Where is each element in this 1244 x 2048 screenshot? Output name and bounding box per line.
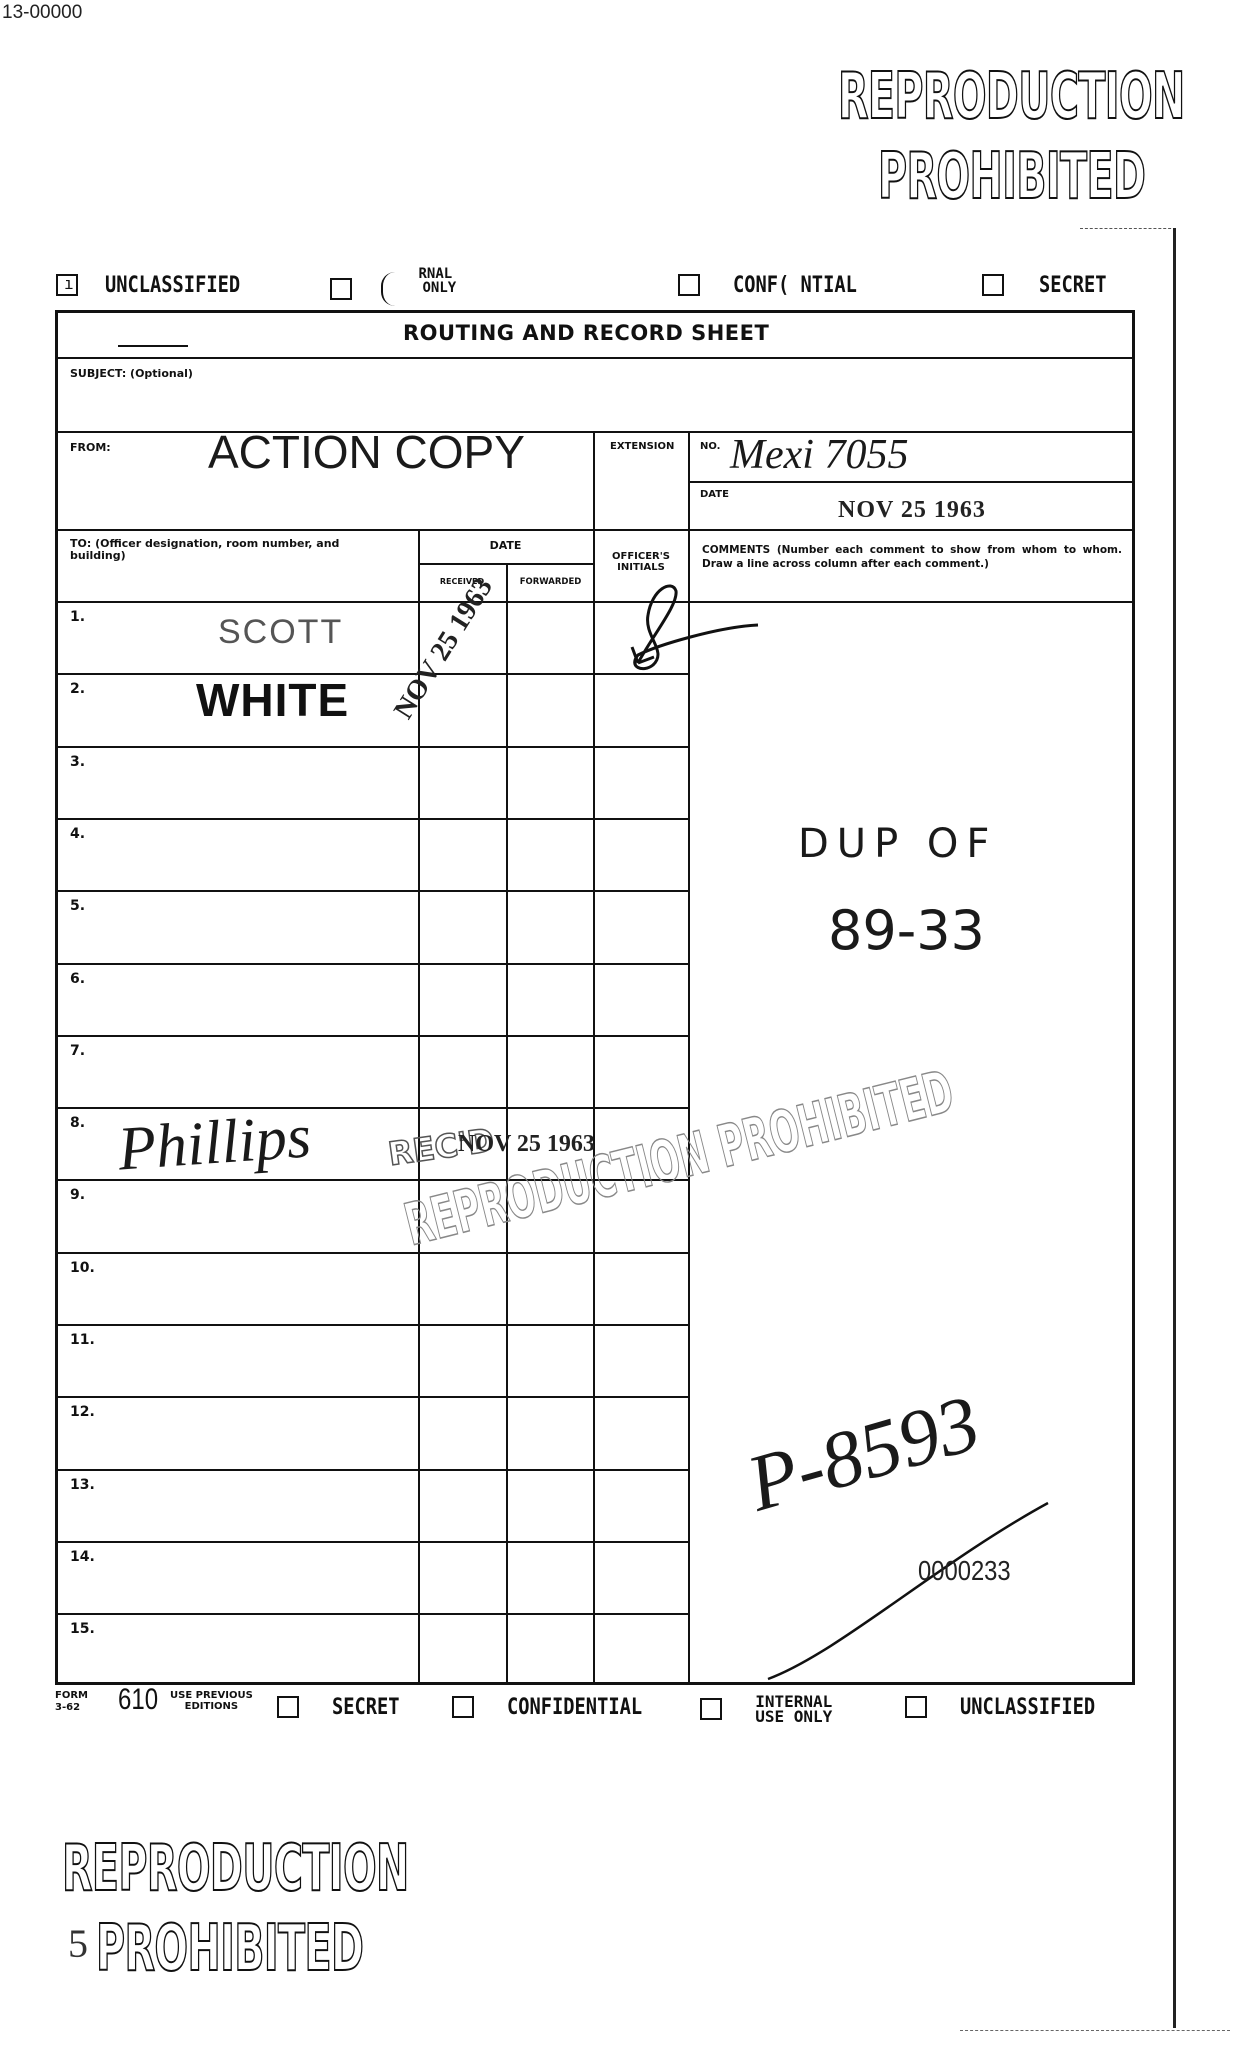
prohibited-stamp-top: PROHIBITED xyxy=(878,140,1145,214)
date-value[interactable]: NOV 25 1963 xyxy=(838,497,986,524)
checkbox-icon[interactable] xyxy=(700,1698,722,1720)
initials-header-line2: INITIALS xyxy=(594,562,688,573)
checkbox-icon[interactable] xyxy=(452,1696,474,1718)
table-row[interactable]: 2. xyxy=(58,673,688,745)
initials-header-line1: OFFICER'S xyxy=(594,551,688,562)
routing-record-sheet: ROUTING AND RECORD SHEET SUBJECT: (Optio… xyxy=(55,310,1135,1685)
from-value[interactable]: ACTION COPY xyxy=(208,425,525,479)
handwritten-5: 5 xyxy=(68,1920,88,1967)
checkbox-icon[interactable] xyxy=(330,278,352,300)
table-row[interactable]: 14. xyxy=(58,1541,688,1613)
from-label: FROM: xyxy=(70,441,111,454)
row-number: 3. xyxy=(70,754,85,770)
page-edge-top-line xyxy=(1080,228,1176,230)
row-number: 5. xyxy=(70,898,85,914)
reproduction-stamp-bottom: REPRODUCTION xyxy=(62,1832,409,1906)
classification-unclassified-bottom[interactable]: UNCLASSIFIED xyxy=(905,1694,1119,1720)
classification-label: UNCLASSIFIED xyxy=(105,273,240,298)
page-edge-right-line xyxy=(1173,228,1176,2028)
row-number: 13. xyxy=(70,1477,95,1493)
to-header: TO: (Officer designation, room number, a… xyxy=(70,538,390,562)
row-number: 10. xyxy=(70,1260,95,1276)
underline-stroke-icon xyxy=(758,1483,1058,1683)
classification-secret-bottom[interactable]: SECRET xyxy=(277,1694,412,1720)
row-number: 14. xyxy=(70,1549,95,1565)
prohibited-stamp-bottom: PROHIBITED xyxy=(96,1912,363,1986)
reproduction-stamp-top: REPRODUCTION xyxy=(838,60,1185,134)
table-row[interactable]: 4. xyxy=(58,818,688,890)
row1-to-value[interactable]: SCOTT xyxy=(218,613,343,652)
classification-label-line2: ONLY xyxy=(419,281,457,295)
row-number: 15. xyxy=(70,1621,95,1637)
row-number: 12. xyxy=(70,1404,95,1420)
row-number: 9. xyxy=(70,1187,85,1203)
use-previous-editions: USE PREVIOUS EDITIONS xyxy=(170,1690,253,1712)
form-number: 610 xyxy=(118,1683,158,1717)
torn-paper-mark xyxy=(381,272,405,306)
subject-label: SUBJECT: (Optional) xyxy=(70,367,193,380)
table-row[interactable]: 13. xyxy=(58,1469,688,1541)
use-previous-line1: USE PREVIOUS xyxy=(170,1690,253,1701)
table-row[interactable]: 12. xyxy=(58,1396,688,1468)
initials-signature-icon xyxy=(598,575,798,685)
classification-label: CONFIDENTIAL xyxy=(507,1695,642,1720)
number-label: NO. xyxy=(700,441,720,452)
classification-confidential-bottom[interactable]: CONFIDENTIAL xyxy=(452,1694,666,1720)
table-row[interactable]: 7. xyxy=(58,1035,688,1107)
classification-label: SECRET xyxy=(332,1695,400,1720)
row2-to-value[interactable]: WHITE xyxy=(196,673,349,727)
classification-label: SECRET xyxy=(1039,273,1107,298)
table-row[interactable]: 1. xyxy=(58,601,688,673)
classification-internal-bottom[interactable]: INTERNAL USE ONLY xyxy=(700,1694,832,1724)
checkbox-checked-icon[interactable]: ı xyxy=(56,274,78,296)
classification-confidential-top[interactable]: CONF( NTIAL xyxy=(678,272,879,298)
row-number: 1. xyxy=(70,609,85,625)
extension-label: EXTENSION xyxy=(610,441,674,452)
form-label-line2: 3-62 xyxy=(55,1702,88,1714)
table-row[interactable]: 5. xyxy=(58,890,688,962)
bates-number: 0000233 xyxy=(918,1555,1011,1587)
classification-internal-top[interactable]: RNAL ONLY xyxy=(330,272,456,306)
scan-edge-line xyxy=(960,2030,1230,2032)
row-number: 2. xyxy=(70,681,85,697)
date-label: DATE xyxy=(700,489,729,500)
forwarded-header: FORWARDED xyxy=(508,577,593,587)
document-id: 13-00000 xyxy=(2,2,82,24)
checkbox-icon[interactable] xyxy=(905,1696,927,1718)
table-row[interactable]: 6. xyxy=(58,963,688,1035)
form-label: FORM 3-62 xyxy=(55,1690,88,1714)
row-number: 4. xyxy=(70,826,85,842)
use-previous-line2: EDITIONS xyxy=(170,1701,253,1712)
subject-field[interactable] xyxy=(198,365,1098,425)
classification-label-line2: USE ONLY xyxy=(755,1709,832,1724)
checkbox-icon[interactable] xyxy=(982,274,1004,296)
form-title: ROUTING AND RECORD SHEET xyxy=(403,321,769,345)
number-value[interactable]: Mexi 7055 xyxy=(730,431,908,479)
row8-to-value[interactable]: Phillips xyxy=(116,1101,313,1185)
officers-initials-header: OFFICER'S INITIALS xyxy=(594,551,688,573)
table-row[interactable]: 15. xyxy=(58,1613,688,1685)
row-number: 7. xyxy=(70,1043,85,1059)
classification-label: UNCLASSIFIED xyxy=(960,1695,1095,1720)
classification-unclassified-top[interactable]: ı UNCLASSIFIED xyxy=(56,272,264,298)
classification-secret-top[interactable]: SECRET xyxy=(982,272,1119,298)
classification-label: CONF( NTIAL xyxy=(733,273,857,298)
comment-dup-of: DUP OF xyxy=(798,821,997,867)
table-row[interactable]: 11. xyxy=(58,1324,688,1396)
form-label-line1: FORM xyxy=(55,1690,88,1702)
row-number: 8. xyxy=(70,1115,85,1131)
row-number: 11. xyxy=(70,1332,95,1348)
row-number: 6. xyxy=(70,971,85,987)
comments-header: COMMENTS (Number each comment to show fr… xyxy=(702,543,1122,571)
comment-reference-number: 89-33 xyxy=(828,899,985,962)
table-row[interactable]: 10. xyxy=(58,1252,688,1324)
checkbox-icon[interactable] xyxy=(678,274,700,296)
decorative-dash xyxy=(118,345,188,347)
checkbox-icon[interactable] xyxy=(277,1696,299,1718)
date-header: DATE xyxy=(418,539,593,553)
table-row[interactable]: 3. xyxy=(58,746,688,818)
classification-label-line1: RNAL xyxy=(419,267,457,281)
